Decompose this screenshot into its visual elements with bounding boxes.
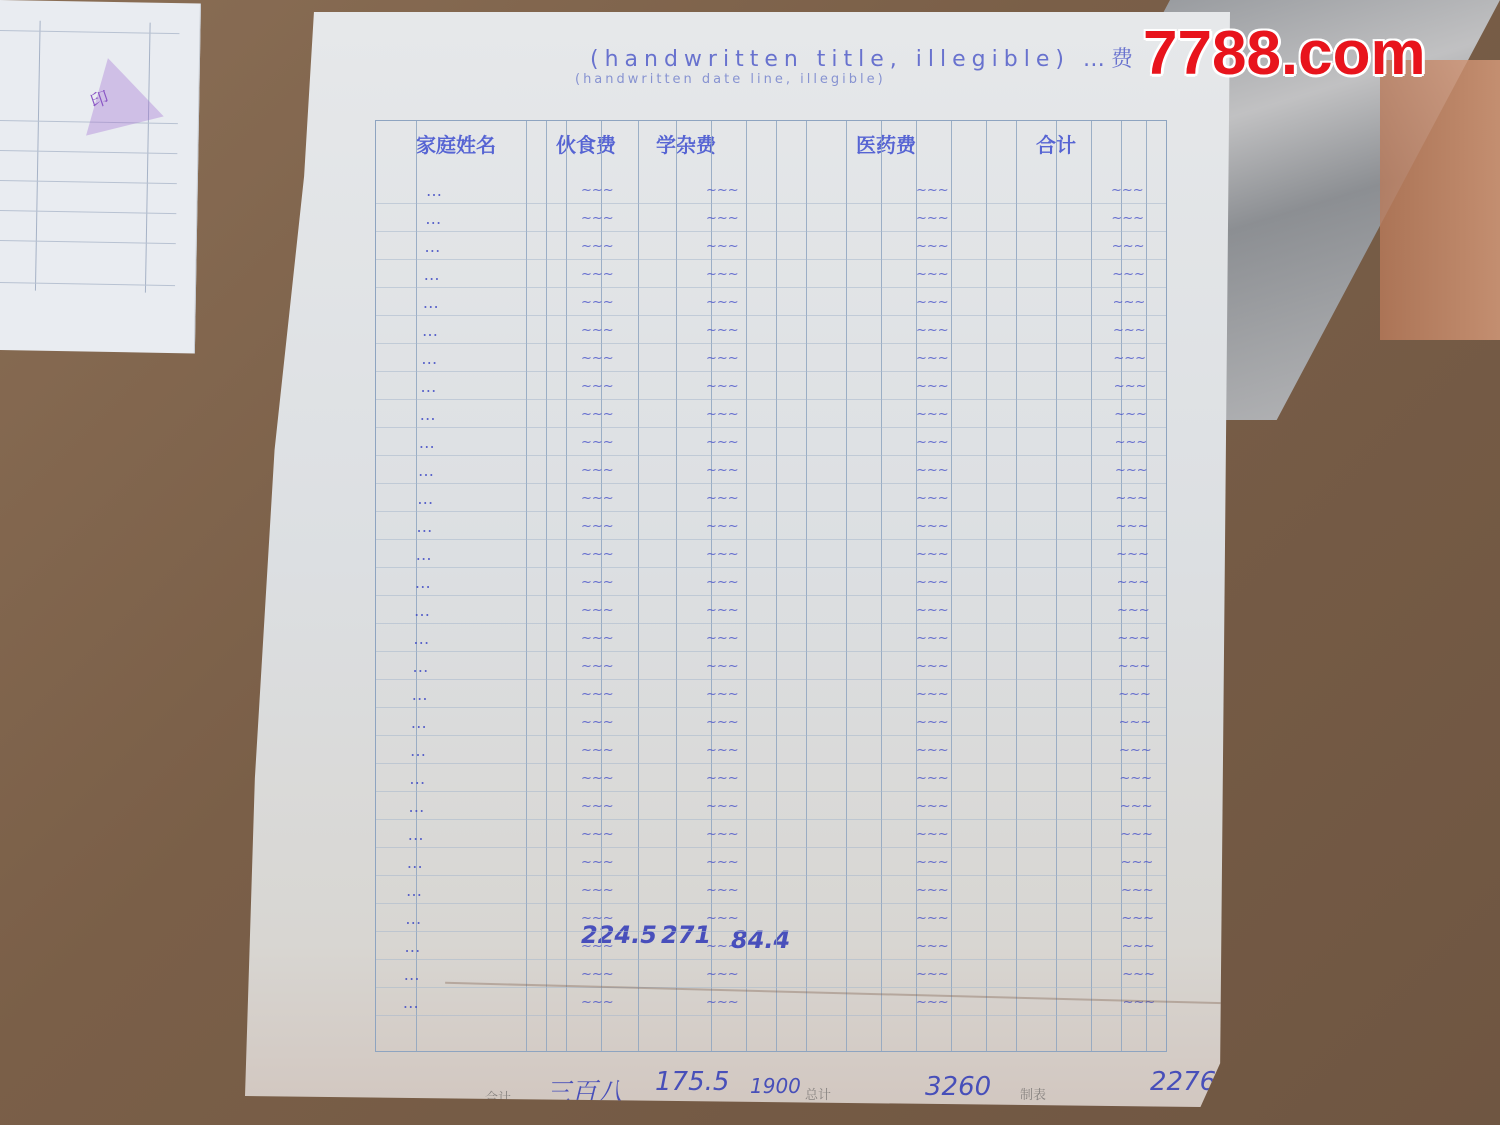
footer-value-3: 1900 bbox=[750, 1074, 801, 1098]
row-amount: ~~~ bbox=[1119, 715, 1152, 730]
row-amount: ~~~ bbox=[581, 771, 614, 786]
header-tuition: 学杂费 bbox=[656, 129, 716, 158]
row-amount: ~~~ bbox=[916, 687, 949, 702]
row-amount: ~~~ bbox=[581, 603, 614, 618]
grid-column-line bbox=[951, 121, 952, 1051]
footer-value-4: 3260 bbox=[925, 1072, 991, 1102]
row-name: … bbox=[426, 181, 446, 200]
grid-row-line bbox=[376, 371, 1166, 372]
row-amount: ~~~ bbox=[916, 659, 949, 674]
row-name: … bbox=[420, 377, 440, 396]
row-amount: ~~~ bbox=[916, 239, 949, 254]
row-amount: ~~~ bbox=[1118, 687, 1151, 702]
grid-column-line bbox=[1056, 121, 1057, 1051]
grid-row-line bbox=[376, 427, 1166, 428]
row-amount: ~~~ bbox=[916, 631, 949, 646]
grid-column-line bbox=[566, 121, 567, 1051]
row-amount: ~~~ bbox=[581, 463, 614, 478]
row-name: … bbox=[406, 881, 426, 900]
row-name: … bbox=[412, 685, 432, 704]
grid-row-line bbox=[376, 259, 1166, 260]
row-amount: ~~~ bbox=[581, 547, 614, 562]
grid-row-line bbox=[376, 399, 1166, 400]
row-amount: ~~~ bbox=[916, 967, 949, 982]
row-name: … bbox=[424, 237, 444, 256]
row-amount: ~~~ bbox=[1122, 939, 1155, 954]
footer-label-mid: 总计 bbox=[805, 1084, 831, 1103]
row-amount: ~~~ bbox=[1116, 519, 1149, 534]
row-amount: ~~~ bbox=[916, 379, 949, 394]
row-amount: ~~~ bbox=[581, 575, 614, 590]
row-amount: ~~~ bbox=[706, 743, 739, 758]
row-amount: ~~~ bbox=[916, 575, 949, 590]
mid-total-2: 271 bbox=[661, 921, 711, 949]
row-amount: ~~~ bbox=[706, 715, 739, 730]
row-name: … bbox=[415, 573, 435, 592]
row-amount: ~~~ bbox=[916, 351, 949, 366]
row-amount: ~~~ bbox=[1121, 855, 1154, 870]
row-amount: ~~~ bbox=[1111, 211, 1144, 226]
row-amount: ~~~ bbox=[916, 295, 949, 310]
row-amount: ~~~ bbox=[706, 407, 739, 422]
row-amount: ~~~ bbox=[581, 911, 614, 926]
row-amount: ~~~ bbox=[916, 463, 949, 478]
row-amount: ~~~ bbox=[916, 883, 949, 898]
row-amount: ~~~ bbox=[916, 995, 949, 1010]
grid-column-line bbox=[676, 121, 677, 1051]
row-amount: ~~~ bbox=[581, 407, 614, 422]
grid-row-line bbox=[376, 987, 1166, 988]
row-name: … bbox=[416, 517, 436, 536]
row-amount: ~~~ bbox=[1115, 435, 1148, 450]
grid-row-line bbox=[376, 931, 1166, 932]
row-amount: ~~~ bbox=[581, 799, 614, 814]
row-name: … bbox=[405, 909, 425, 928]
row-amount: ~~~ bbox=[581, 939, 614, 954]
row-amount: ~~~ bbox=[581, 379, 614, 394]
row-amount: ~~~ bbox=[706, 547, 739, 562]
row-amount: ~~~ bbox=[706, 379, 739, 394]
row-amount: ~~~ bbox=[916, 435, 949, 450]
row-amount: ~~~ bbox=[706, 911, 739, 926]
footer-value-2: 175.5 bbox=[655, 1067, 729, 1097]
row-amount: ~~~ bbox=[916, 183, 949, 198]
row-amount: ~~~ bbox=[916, 407, 949, 422]
row-amount: ~~~ bbox=[706, 939, 739, 954]
grid-column-line bbox=[546, 121, 547, 1051]
row-amount: ~~~ bbox=[581, 855, 614, 870]
row-amount: ~~~ bbox=[706, 351, 739, 366]
grid-row-line bbox=[376, 623, 1166, 624]
row-name: … bbox=[409, 769, 429, 788]
row-amount: ~~~ bbox=[1119, 743, 1152, 758]
ledger-grid: 家庭姓名 伙食费 学杂费 医药费 合计 224.5 271 84.4 …~~~~… bbox=[375, 120, 1167, 1052]
row-amount: ~~~ bbox=[581, 883, 614, 898]
grid-row-line bbox=[376, 819, 1166, 820]
grid-column-line bbox=[881, 121, 882, 1051]
row-amount: ~~~ bbox=[1117, 575, 1150, 590]
grid-row-line bbox=[376, 231, 1166, 232]
row-amount: ~~~ bbox=[706, 771, 739, 786]
row-name: … bbox=[417, 489, 437, 508]
row-amount: ~~~ bbox=[916, 743, 949, 758]
row-amount: ~~~ bbox=[581, 659, 614, 674]
row-amount: ~~~ bbox=[916, 491, 949, 506]
row-amount: ~~~ bbox=[706, 267, 739, 282]
grid-column-line bbox=[846, 121, 847, 1051]
grid-row-line bbox=[376, 679, 1166, 680]
row-amount: ~~~ bbox=[706, 435, 739, 450]
row-amount: ~~~ bbox=[916, 827, 949, 842]
row-amount: ~~~ bbox=[581, 491, 614, 506]
row-amount: ~~~ bbox=[916, 603, 949, 618]
ledger-date-line: (handwritten date line, illegible) bbox=[575, 72, 886, 87]
row-amount: ~~~ bbox=[706, 827, 739, 842]
grid-column-line bbox=[746, 121, 747, 1051]
grid-row-line bbox=[376, 875, 1166, 876]
grid-row-line bbox=[376, 343, 1166, 344]
grid-row-line bbox=[376, 1015, 1166, 1016]
footer-value-5: 22760 bbox=[1150, 1067, 1233, 1097]
row-name: … bbox=[423, 293, 443, 312]
grid-row-line bbox=[376, 203, 1166, 204]
row-amount: ~~~ bbox=[1119, 771, 1152, 786]
row-amount: ~~~ bbox=[706, 323, 739, 338]
row-amount: ~~~ bbox=[1117, 631, 1150, 646]
row-amount: ~~~ bbox=[706, 519, 739, 534]
ledger-sheet: (handwritten title, illegible) …费 (handw… bbox=[245, 12, 1230, 1107]
grid-row-line bbox=[376, 455, 1166, 456]
row-amount: ~~~ bbox=[581, 295, 614, 310]
row-amount: ~~~ bbox=[706, 463, 739, 478]
watermark-logo: 7788.com bbox=[1143, 18, 1426, 89]
row-name: … bbox=[421, 349, 441, 368]
row-amount: ~~~ bbox=[581, 351, 614, 366]
grid-row-line bbox=[376, 567, 1166, 568]
row-name: … bbox=[418, 461, 438, 480]
grid-row-line bbox=[376, 735, 1166, 736]
row-amount: ~~~ bbox=[706, 855, 739, 870]
row-amount: ~~~ bbox=[916, 855, 949, 870]
row-amount: ~~~ bbox=[706, 687, 739, 702]
row-amount: ~~~ bbox=[581, 323, 614, 338]
row-amount: ~~~ bbox=[1114, 407, 1147, 422]
row-name: … bbox=[413, 629, 433, 648]
row-amount: ~~~ bbox=[916, 323, 949, 338]
grid-row-line bbox=[376, 847, 1166, 848]
grid-column-line bbox=[1091, 121, 1092, 1051]
grid-row-line bbox=[376, 791, 1166, 792]
grid-column-line bbox=[1016, 121, 1017, 1051]
grid-row-line bbox=[376, 539, 1166, 540]
row-amount: ~~~ bbox=[581, 183, 614, 198]
row-amount: ~~~ bbox=[581, 435, 614, 450]
row-amount: ~~~ bbox=[581, 519, 614, 534]
row-amount: ~~~ bbox=[706, 295, 739, 310]
row-name: … bbox=[424, 265, 444, 284]
row-name: … bbox=[416, 545, 436, 564]
row-amount: ~~~ bbox=[1114, 379, 1147, 394]
row-name: … bbox=[411, 713, 431, 732]
footer-label-left: 合计 bbox=[485, 1087, 511, 1106]
grid-row-line bbox=[376, 595, 1166, 596]
row-amount: ~~~ bbox=[706, 211, 739, 226]
row-name: … bbox=[425, 209, 445, 228]
grid-row-line bbox=[376, 763, 1166, 764]
row-amount: ~~~ bbox=[916, 547, 949, 562]
side-paper-fragment: 印 bbox=[0, 0, 201, 353]
row-amount: ~~~ bbox=[916, 211, 949, 226]
row-amount: ~~~ bbox=[1120, 799, 1153, 814]
row-name: … bbox=[420, 405, 440, 424]
row-amount: ~~~ bbox=[706, 239, 739, 254]
grid-column-line bbox=[776, 121, 777, 1051]
grid-row-line bbox=[376, 707, 1166, 708]
row-amount: ~~~ bbox=[581, 743, 614, 758]
row-name: … bbox=[404, 937, 424, 956]
row-amount: ~~~ bbox=[916, 715, 949, 730]
row-name: … bbox=[419, 433, 439, 452]
header-name: 家庭姓名 bbox=[416, 129, 496, 158]
row-amount: ~~~ bbox=[1122, 967, 1155, 982]
row-name: … bbox=[403, 993, 423, 1012]
row-amount: ~~~ bbox=[706, 659, 739, 674]
grid-column-line bbox=[638, 121, 639, 1051]
row-amount: ~~~ bbox=[1115, 491, 1148, 506]
row-amount: ~~~ bbox=[1116, 547, 1149, 562]
row-amount: ~~~ bbox=[1113, 323, 1146, 338]
row-amount: ~~~ bbox=[1113, 295, 1146, 310]
row-amount: ~~~ bbox=[706, 967, 739, 982]
row-amount: ~~~ bbox=[916, 267, 949, 282]
row-amount: ~~~ bbox=[706, 575, 739, 590]
row-amount: ~~~ bbox=[1120, 827, 1153, 842]
row-amount: ~~~ bbox=[916, 519, 949, 534]
row-amount: ~~~ bbox=[1121, 911, 1154, 926]
row-amount: ~~~ bbox=[706, 631, 739, 646]
row-amount: ~~~ bbox=[1121, 883, 1154, 898]
row-name: … bbox=[412, 657, 432, 676]
grid-column-line bbox=[526, 121, 527, 1051]
grid-row-line bbox=[376, 511, 1166, 512]
row-amount: ~~~ bbox=[581, 967, 614, 982]
grid-row-line bbox=[376, 651, 1166, 652]
row-amount: ~~~ bbox=[706, 603, 739, 618]
row-amount: ~~~ bbox=[581, 631, 614, 646]
row-amount: ~~~ bbox=[581, 995, 614, 1010]
row-amount: ~~~ bbox=[581, 267, 614, 282]
row-amount: ~~~ bbox=[706, 995, 739, 1010]
row-amount: ~~~ bbox=[706, 799, 739, 814]
row-amount: ~~~ bbox=[1112, 239, 1145, 254]
row-name: … bbox=[410, 741, 430, 760]
row-amount: ~~~ bbox=[1112, 267, 1145, 282]
row-amount: ~~~ bbox=[916, 771, 949, 786]
row-amount: ~~~ bbox=[706, 183, 739, 198]
row-amount: ~~~ bbox=[581, 239, 614, 254]
footer-value-1: 三百八 bbox=[545, 1072, 623, 1109]
row-amount: ~~~ bbox=[1111, 183, 1144, 198]
row-amount: ~~~ bbox=[581, 715, 614, 730]
row-amount: ~~~ bbox=[916, 939, 949, 954]
row-amount: ~~~ bbox=[1118, 659, 1151, 674]
row-name: … bbox=[407, 853, 427, 872]
footer-label-right: 制表 bbox=[1020, 1084, 1046, 1103]
row-amount: ~~~ bbox=[581, 687, 614, 702]
row-amount: ~~~ bbox=[1115, 463, 1148, 478]
grid-row-line bbox=[376, 315, 1166, 316]
row-amount: ~~~ bbox=[1113, 351, 1146, 366]
grid-row-line bbox=[376, 903, 1166, 904]
grid-row-line bbox=[376, 287, 1166, 288]
row-amount: ~~~ bbox=[1117, 603, 1150, 618]
row-amount: ~~~ bbox=[1123, 995, 1156, 1010]
row-amount: ~~~ bbox=[916, 911, 949, 926]
row-amount: ~~~ bbox=[916, 799, 949, 814]
grid-column-line bbox=[806, 121, 807, 1051]
grid-column-line bbox=[986, 121, 987, 1051]
header-food: 伙食费 bbox=[556, 129, 616, 158]
ledger-title: (handwritten title, illegible) …费 bbox=[590, 42, 1139, 73]
grid-row-line bbox=[376, 483, 1166, 484]
row-name: … bbox=[408, 797, 428, 816]
row-amount: ~~~ bbox=[581, 211, 614, 226]
row-name: … bbox=[414, 601, 434, 620]
row-amount: ~~~ bbox=[706, 491, 739, 506]
row-name: … bbox=[422, 321, 442, 340]
grid-row-line bbox=[376, 959, 1166, 960]
copper-object-background bbox=[1380, 60, 1500, 340]
header-medical: 医药费 bbox=[856, 129, 916, 158]
row-amount: ~~~ bbox=[581, 827, 614, 842]
row-amount: ~~~ bbox=[706, 883, 739, 898]
row-name: … bbox=[404, 965, 424, 984]
row-name: … bbox=[408, 825, 428, 844]
